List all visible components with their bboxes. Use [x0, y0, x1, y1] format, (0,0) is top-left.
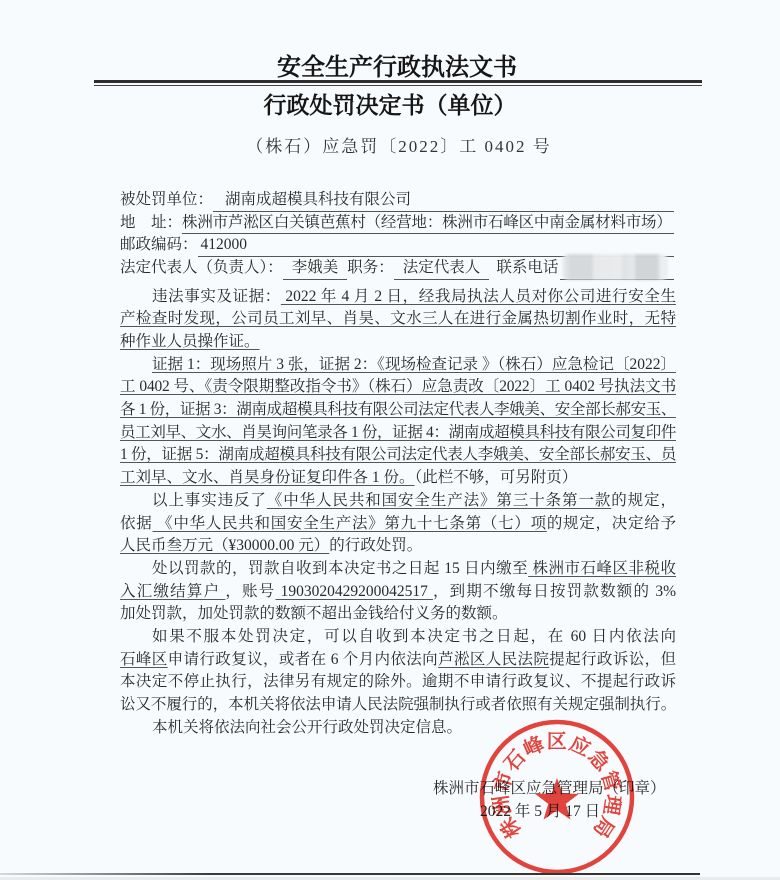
- evidence-line: 证据 1：现场照片 3 张，证据 2：《现场检查记录 》（株石）应急检记〔202…: [120, 354, 676, 377]
- violation-line: 依据 《中华人民共和国安全生产法》第九十七条第（七）项的规定，决定给予: [120, 513, 676, 536]
- evidence-note: （此栏不够，可另附页）: [415, 469, 578, 486]
- appeal-text: 申请行政复议，或者在 6 个月内依法向: [168, 651, 438, 668]
- official-seal-stamp: 株洲市石峰区应急管理局: [477, 719, 639, 877]
- evidence-line: 工刘早、文水、肖昊身份证复印件各 1 份。（此栏不够，可另附页）: [120, 467, 676, 490]
- redacted-phone-blur: [562, 254, 668, 280]
- legal-rep-label: 法定代表人（负责人）：: [120, 257, 283, 280]
- evidence-text: 1 份，证据 5：湖南成超模具科技有限公司法定代表人李娥美、安全部长郝安玉、员: [120, 446, 676, 463]
- payment-line: 加处罚款，加处罚款的数额不超出金钱给付义务的数额。: [120, 603, 676, 626]
- header-rule-thick: [94, 80, 702, 83]
- evidence-text: 员工刘早、文水、肖昊询问笔录各 1 份，证据 4：湖南成超模具科技有限公司复印件: [120, 424, 676, 441]
- facts-line: 产检查时发现，公司员工刘早、肖昊、文水三人在进行金属热切割作业时，无特: [120, 308, 676, 331]
- evidence-line: 工 0402 号、《责令限期整改指令书》（株石）应急责改〔2022〕工 0402…: [120, 376, 676, 399]
- violation-text: 的行政处罚。: [329, 537, 422, 554]
- document-category-title: 安全生产行政执法文书: [0, 53, 780, 83]
- decision-body: 违法事实及证据： 2022 年 4 月 2 日，经我局执法人员对你公司进行安全生…: [120, 286, 676, 740]
- payment-account-name: 株洲市石峰区非税收: [528, 560, 676, 577]
- row-address: 地 址： 株洲市芦淞区白关镇芭蕉村（经营地：株洲市石峰区中南金属材料市场）: [120, 212, 674, 235]
- appeal-line: 本决定不停止执行，法律另有规定的除外。逾期不申请行政复议、不提起行政诉: [120, 671, 676, 694]
- footer-rule: [0, 873, 700, 875]
- appeal-line: 如果不服本处罚决定，可以自收到本决定书之日起，在 60 日内依法向: [120, 626, 676, 649]
- appeal-line: 讼又不履行的，本机关将依法申请人民法院强制执行或者依照有关规定强制执行。: [120, 694, 676, 717]
- facts-text: 产检查时发现，公司员工刘早、肖昊、文水三人在进行金属热切割作业时，无特: [120, 310, 676, 327]
- appeal-text: 讼又不履行的，本机关将依法申请人民法院强制执行或者依照有关规定强制执行。: [120, 696, 676, 713]
- disclosure-text: 本机关将依法向社会公开行政处罚决定信息。: [152, 719, 462, 736]
- party-info: 被处罚单位： 湖南成超模具科技有限公司 地 址： 株洲市芦淞区白关镇芭蕉村（经营…: [120, 189, 674, 280]
- review-authority: 石峰区: [120, 651, 168, 668]
- payment-line: 处以罚款的，罚款自收到本决定书之日起 15 日内缴至 株洲市石峰区非税收: [120, 558, 676, 581]
- penalized-unit-label: 被处罚单位：: [120, 189, 213, 212]
- payment-text: ，账号: [225, 583, 275, 600]
- address-value: 株洲市芦淞区白关镇芭蕉村（经营地：株洲市石峰区中南金属材料市场）: [182, 212, 674, 235]
- penalized-unit-value: 湖南成超模具科技有限公司: [213, 189, 674, 212]
- facts-line: 违法事实及证据： 2022 年 4 月 2 日，经我局执法人员对你公司进行安全生: [120, 286, 676, 309]
- penalty-basis-clause: 《中华人民共和国安全生产法》第九十七条第（七）项: [152, 515, 546, 532]
- facts-line: 种作业人员操作证。: [120, 331, 676, 354]
- row-penalized-unit: 被处罚单位： 湖南成超模具科技有限公司: [120, 189, 674, 212]
- position-label: 职务：: [347, 257, 394, 280]
- phone-label: 联系电话: [496, 257, 558, 280]
- position-value: 法定代表人: [394, 257, 490, 280]
- payment-text: 加处罚款，加处罚款的数额不超出金钱给付义务的数额。: [120, 605, 508, 622]
- appeal-text: 如果不服本处罚决定，可以自收到本决定书之日起，在 60 日内依法向: [152, 628, 676, 645]
- document-title: 行政处罚决定书（单位）: [0, 91, 780, 121]
- facts-label: 违法事实及证据：: [152, 288, 281, 305]
- evidence-text: 工刘早、文水、肖昊身份证复印件各 1 份。: [120, 469, 415, 486]
- document-page: 安全生产行政执法文书 行政处罚决定书（单位） （株石）应急罚〔2022〕工 04…: [0, 0, 780, 880]
- facts-text: 2022 年 4 月 2 日，经我局执法人员对你公司进行安全生: [281, 288, 676, 305]
- payment-text: ，到期不缴每日按罚款数额的 3%: [433, 583, 676, 600]
- litigation-court: 芦淞区人民法院: [438, 651, 549, 668]
- evidence-text: 证据 1：现场照片 3 张，证据 2：《现场检查记录 》（株石）应急检记〔202…: [152, 356, 676, 373]
- violation-line: 以上事实违反了《中华人民共和国安全生产法》第三十条第一款的规定，: [120, 490, 676, 513]
- evidence-text: 各 1 份，证据 3：湖南成超模具科技有限公司法定代表人李娥美、安全部长郝安玉、: [120, 401, 676, 418]
- violation-line: 人民币叁万元（¥30000.00 元）的行政处罚。: [120, 535, 676, 558]
- violation-text: 以上事实违反了: [152, 492, 267, 509]
- payment-text: 处以罚款的，罚款自收到本决定书之日起 15 日内缴至: [152, 560, 528, 577]
- legal-rep-value: 李娥美: [283, 257, 348, 280]
- phone-value-field: [560, 257, 674, 280]
- address-label: 地 址：: [120, 212, 182, 235]
- seal-star-icon: [535, 778, 579, 820]
- violation-text: 的规定，决定给予: [547, 515, 676, 532]
- evidence-line: 1 份，证据 5：湖南成超模具科技有限公司法定代表人李娥美、安全部长郝安玉、员: [120, 444, 676, 467]
- header-rule-thin: [94, 85, 702, 86]
- fine-amount: 人民币叁万元（¥30000.00 元）: [120, 537, 329, 554]
- appeal-text: 本决定不停止执行，法律另有规定的除外。逾期不申请行政复议、不提起行政诉: [120, 673, 676, 690]
- payment-line: 入汇缴结算户 ，账号 1903020429200042517 ，到期不缴每日按罚…: [120, 581, 676, 604]
- payment-account-number: 1903020429200042517: [276, 583, 433, 600]
- evidence-line: 员工刘早、文水、肖昊询问笔录各 1 份，证据 4：湖南成超模具科技有限公司复印件: [120, 422, 676, 445]
- facts-text: 种作业人员操作证。: [120, 333, 260, 350]
- violation-text: 依据: [120, 515, 152, 532]
- evidence-line: 各 1 份，证据 3：湖南成超模具科技有限公司法定代表人李娥美、安全部长郝安玉、: [120, 399, 676, 422]
- appeal-line: 石峰区申请行政复议，或者在 6 个月内依法向芦淞区人民法院提起行政诉讼，但: [120, 649, 676, 672]
- violation-text: 的规定，: [611, 492, 676, 509]
- document-number: （株石）应急罚〔2022〕工 0402 号: [0, 135, 780, 159]
- evidence-text: 工 0402 号、《责令限期整改指令书》（株石）应急责改〔2022〕工 0402…: [120, 378, 676, 395]
- appeal-text: 提起行政诉讼，但: [549, 651, 676, 668]
- payment-account-name: 入汇缴结算户: [120, 583, 225, 600]
- row-legal-representative: 法定代表人（负责人）： 李娥美 职务： 法定代表人 联系电话: [120, 257, 674, 280]
- postcode-label: 邮政编码：: [120, 234, 198, 257]
- violated-law-clause: 《中华人民共和国安全生产法》第三十条第一款: [267, 492, 611, 509]
